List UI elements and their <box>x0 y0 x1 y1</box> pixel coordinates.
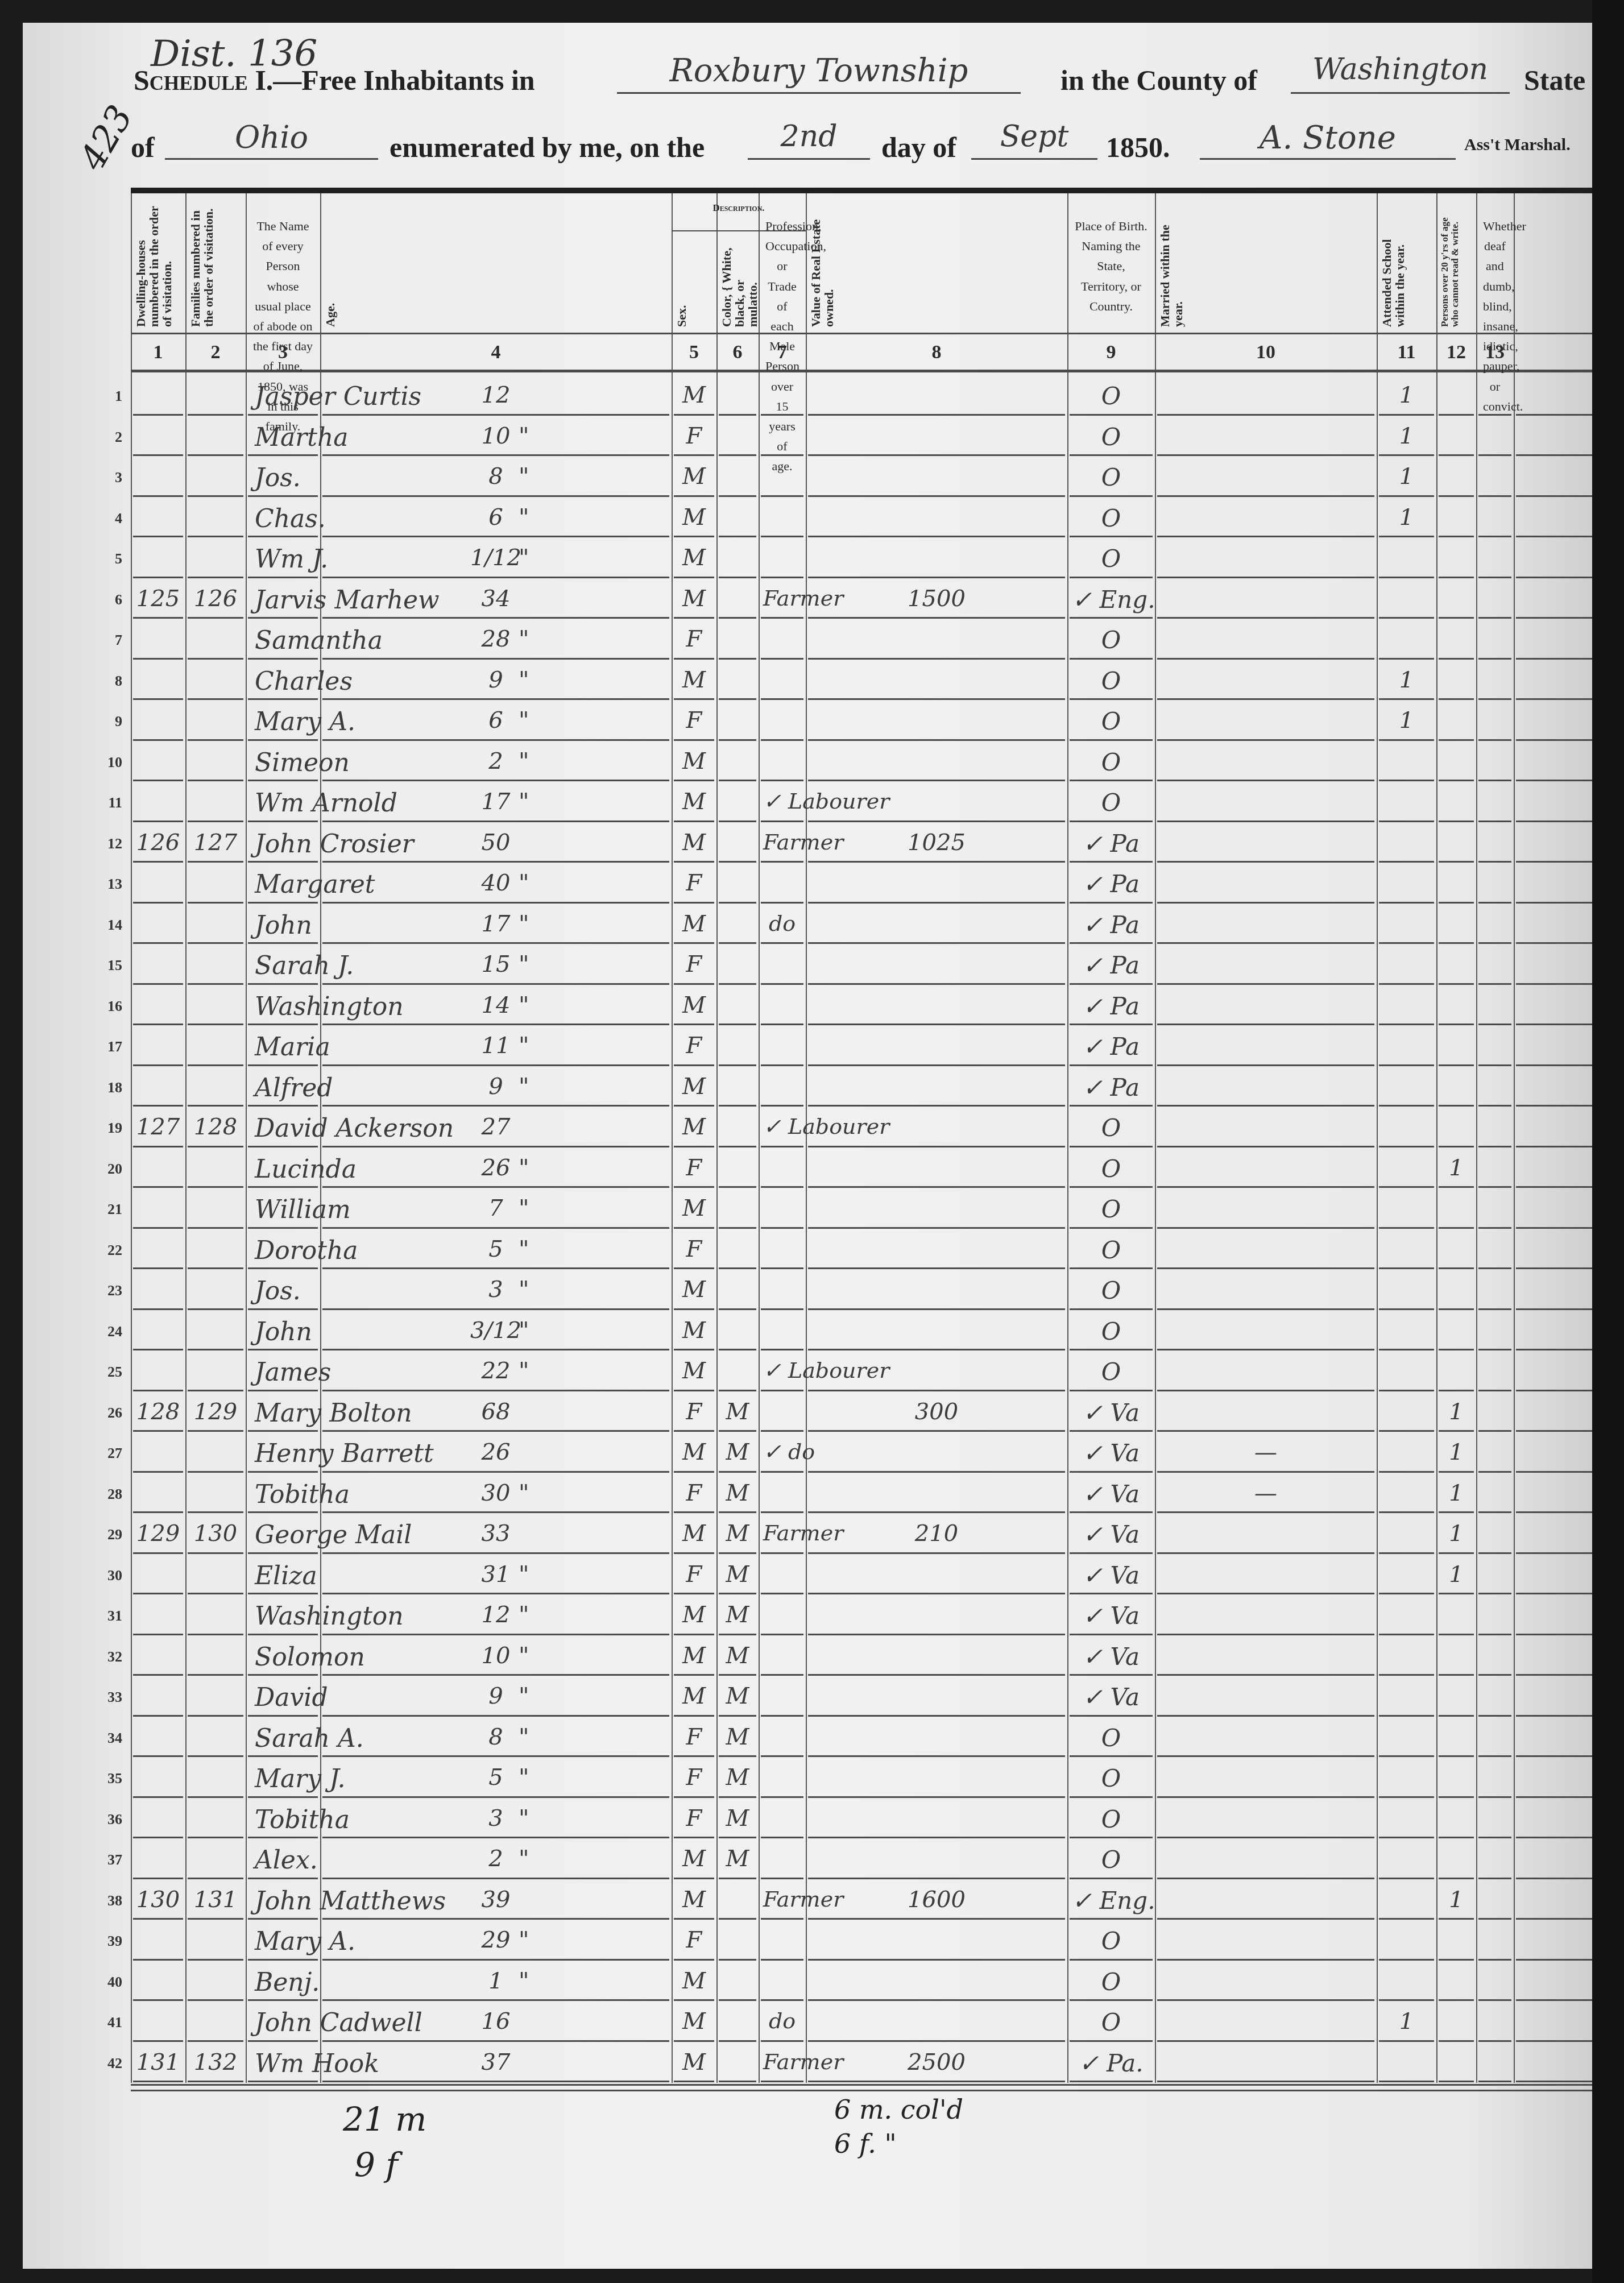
row-rule <box>133 617 183 619</box>
row-rule <box>133 1146 183 1147</box>
row-rule <box>1516 739 1598 741</box>
row-rule <box>1439 1511 1474 1513</box>
cell-color: M <box>721 1724 754 1750</box>
cell-name: Jarvis Marhew <box>255 586 320 615</box>
cell-sex: M <box>676 911 712 937</box>
row-rule <box>1478 861 1511 863</box>
row-rule <box>1516 414 1598 416</box>
cell-sex: M <box>676 1114 712 1140</box>
cell-family: 126 <box>190 586 241 612</box>
row-rule <box>674 1755 714 1757</box>
row-rule <box>761 902 803 904</box>
cell-sex: M <box>676 1887 712 1913</box>
cell-sex: M <box>676 1074 712 1100</box>
row-rule <box>248 1755 318 1757</box>
row-rule <box>674 1552 714 1554</box>
row-rule <box>808 1308 1065 1310</box>
cell-ditto: " <box>519 1155 529 1181</box>
cell-age: 31 <box>325 1561 667 1588</box>
row-rule <box>719 1959 756 1961</box>
row-rule <box>1516 1552 1598 1554</box>
cell-birth: ✓ Eng. <box>1072 586 1150 614</box>
row-rule <box>1070 536 1153 537</box>
row-rule <box>133 1511 183 1513</box>
cell-dwelling: 130 <box>135 1887 181 1913</box>
row-rule <box>1516 495 1598 497</box>
cell-birth: ✓ Va <box>1072 1643 1150 1671</box>
row-rule <box>188 1308 243 1310</box>
row-rule <box>1157 1024 1374 1025</box>
row-rule <box>1478 1959 1511 1961</box>
cell-birth: O <box>1072 2008 1150 2036</box>
row-rule <box>1439 495 1474 497</box>
column-divider <box>716 193 718 2083</box>
state-field: Ohio <box>165 119 378 160</box>
row-rule <box>1157 617 1374 619</box>
line-number: 26 <box>100 1404 122 1422</box>
cell-sex: F <box>676 870 712 896</box>
cell-name: John <box>255 1317 320 1346</box>
row-rule <box>1157 414 1374 416</box>
row-rule <box>133 1959 183 1961</box>
line-number: 29 <box>100 1526 122 1543</box>
row-rule <box>1439 1146 1474 1147</box>
row-rule <box>761 2040 803 2042</box>
cell-illiterate: 1 <box>1441 1399 1472 1425</box>
row-rule <box>761 495 803 497</box>
cell-name: Charles <box>255 667 320 696</box>
row-rule <box>1379 1755 1434 1757</box>
column-header-13: Whether deaf and dumb, blind, insane, id… <box>1483 216 1507 416</box>
cell-sex: M <box>676 1602 712 1628</box>
row-rule <box>1439 1837 1474 1838</box>
row-rule <box>248 698 318 700</box>
row-rule <box>133 1918 183 1920</box>
cell-ditto: " <box>519 707 529 734</box>
cell-age: 11 <box>325 1033 667 1059</box>
row-rule <box>761 1308 803 1310</box>
row-rule <box>188 1511 243 1513</box>
row-rule <box>1516 1634 1598 1635</box>
county-label: in the County of <box>1060 64 1257 97</box>
cell-ditto: " <box>519 1968 529 1994</box>
row-rule <box>719 536 756 537</box>
cell-sex: M <box>676 2049 712 2075</box>
row-rule <box>1379 1878 1434 1879</box>
cell-age: 9 <box>325 1683 667 1709</box>
row-rule <box>674 1024 714 1025</box>
row-rule <box>1157 983 1374 985</box>
column-header-11: Attended School within the year. <box>1380 202 1433 327</box>
row-rule <box>1516 821 1598 822</box>
row-rule <box>133 1837 183 1838</box>
row-rule <box>1379 2040 1434 2042</box>
row-rule <box>1070 983 1153 985</box>
line-number: 31 <box>100 1607 122 1625</box>
row-rule <box>133 1064 183 1066</box>
row-rule <box>1439 1796 1474 1798</box>
cell-name: James <box>255 1358 320 1387</box>
row-rule <box>322 821 669 822</box>
line-number: 32 <box>100 1648 122 1665</box>
cell-name: Sarah J. <box>255 951 320 980</box>
column-number-2: 2 <box>185 342 246 363</box>
row-rule <box>133 821 183 822</box>
row-rule <box>248 1471 318 1473</box>
row-rule <box>1379 495 1434 497</box>
row-rule <box>761 1105 803 1107</box>
day-of-label: day of <box>881 131 956 164</box>
cell-sex: M <box>676 830 712 856</box>
column-divider <box>131 193 132 2083</box>
cell-color: M <box>721 1643 754 1669</box>
row-rule <box>674 658 714 660</box>
row-rule <box>719 1511 756 1513</box>
row-rule <box>1379 1064 1434 1066</box>
cell-family: 130 <box>190 1520 241 1547</box>
cell-birth: ✓ Pa <box>1072 870 1150 898</box>
cell-name: Maria <box>255 1033 320 1062</box>
row-rule <box>808 1064 1065 1066</box>
column-divider <box>1377 193 1378 2083</box>
cell-sex: F <box>676 1561 712 1588</box>
row-rule <box>1379 902 1434 904</box>
cell-name: Jos. <box>255 1277 320 1306</box>
row-rule <box>1070 1349 1153 1350</box>
row-rule <box>1439 1634 1474 1635</box>
row-rule <box>188 536 243 537</box>
row-rule <box>188 454 243 456</box>
cell-age: 29 <box>325 1927 667 1953</box>
row-rule <box>248 1064 318 1066</box>
row-rule <box>808 861 1065 863</box>
cell-birth: O <box>1072 1846 1150 1874</box>
cell-sex: M <box>676 789 712 815</box>
cell-value: 1600 <box>810 1887 1063 1913</box>
line-number: 20 <box>100 1161 122 1178</box>
row-rule <box>761 1715 803 1717</box>
cell-birth: ✓ Va <box>1072 1520 1150 1548</box>
row-rule <box>322 1308 669 1310</box>
row-rule <box>1439 1715 1474 1717</box>
row-rule <box>1157 1878 1374 1879</box>
row-rule <box>719 1349 756 1350</box>
row-rule <box>188 1674 243 1676</box>
row-rule <box>1157 1308 1374 1310</box>
cell-age: 17 <box>325 911 667 937</box>
cell-name: Benj. <box>255 1968 320 1997</box>
column-divider <box>1436 193 1437 2083</box>
cell-age: 30 <box>325 1480 667 1506</box>
cell-occupation: Farmer <box>763 830 801 855</box>
row-rule <box>322 861 669 863</box>
row-rule <box>1070 617 1153 619</box>
row-rule <box>719 1674 756 1676</box>
row-rule <box>808 658 1065 660</box>
row-rule <box>719 821 756 822</box>
cell-age: 8 <box>325 463 667 490</box>
row-rule <box>1379 1674 1434 1676</box>
row-rule <box>1157 1146 1374 1147</box>
line-number: 7 <box>100 632 122 649</box>
row-rule <box>761 861 803 863</box>
row-rule <box>133 1471 183 1473</box>
cell-name: Mary Bolton <box>255 1399 320 1428</box>
row-rule <box>761 780 803 781</box>
row-rule <box>322 658 669 660</box>
row-rule <box>1478 536 1511 537</box>
row-rule <box>188 1024 243 1025</box>
row-rule <box>1439 617 1474 619</box>
row-rule <box>1157 942 1374 944</box>
row-rule <box>674 942 714 944</box>
table-top-rule <box>131 188 1601 193</box>
row-rule <box>1478 1349 1511 1350</box>
cell-color: M <box>721 1805 754 1832</box>
line-number: 25 <box>100 1364 122 1381</box>
column-number-3: 3 <box>246 342 320 363</box>
cell-ditto: " <box>519 1277 529 1303</box>
tally-males: 21 m <box>343 2100 426 2139</box>
row-rule <box>1070 1024 1153 1025</box>
row-rule <box>1157 698 1374 700</box>
row-rule <box>1070 1999 1153 2001</box>
row-rule <box>133 983 183 985</box>
census-page: Dist. 136 423 Schedule I.—Free Inhabitan… <box>23 23 1592 2269</box>
row-rule <box>133 414 183 416</box>
row-rule <box>322 1186 669 1188</box>
row-rule <box>761 617 803 619</box>
row-rule <box>674 1593 714 1594</box>
row-rule <box>322 1959 669 1961</box>
cell-occupation: ✓ Labourer <box>763 1114 801 1139</box>
row-rule <box>1070 1105 1153 1107</box>
cell-sex: M <box>676 1968 712 1994</box>
cell-sex: M <box>676 992 712 1018</box>
row-rule <box>1379 1349 1434 1350</box>
cell-value: 210 <box>810 1520 1063 1547</box>
cell-sex: F <box>676 626 712 652</box>
cell-name: Wm J. <box>255 545 320 574</box>
cell-birth: O <box>1072 626 1150 654</box>
row-rule <box>1157 1674 1374 1676</box>
line-number: 13 <box>100 876 122 893</box>
row-rule <box>322 1755 669 1757</box>
row-rule <box>248 1308 318 1310</box>
row-rule <box>188 1593 243 1594</box>
row-rule <box>674 902 714 904</box>
cell-sex: M <box>676 1683 712 1709</box>
row-rule <box>1157 1959 1374 1961</box>
cell-birth: O <box>1072 463 1150 491</box>
row-rule <box>1478 1105 1511 1107</box>
row-rule <box>188 739 243 741</box>
line-number: 22 <box>100 1242 122 1259</box>
row-rule <box>1157 1430 1374 1432</box>
cell-occupation: do <box>763 2008 801 2033</box>
cell-name: Simeon <box>255 748 320 777</box>
column-header-8: Value of Real Estate owned. <box>809 202 1064 327</box>
row-rule <box>808 1024 1065 1025</box>
cell-family: 127 <box>190 830 241 856</box>
row-rule <box>188 2040 243 2042</box>
row-rule <box>1070 1593 1153 1594</box>
row-rule <box>248 1511 318 1513</box>
row-rule <box>1379 1796 1434 1798</box>
cell-birth: O <box>1072 1805 1150 1833</box>
row-rule <box>1439 1552 1474 1554</box>
cell-ditto: " <box>519 423 529 449</box>
column-header-5: Sex. <box>675 242 713 327</box>
row-rule <box>761 1674 803 1676</box>
row-rule <box>808 1390 1065 1391</box>
cell-birth: O <box>1072 545 1150 573</box>
row-rule <box>808 1634 1065 1635</box>
cell-ditto: " <box>519 463 529 490</box>
row-rule <box>674 1308 714 1310</box>
row-rule <box>1478 1593 1511 1594</box>
row-rule <box>674 495 714 497</box>
row-rule <box>1439 1430 1474 1432</box>
row-rule <box>719 1878 756 1879</box>
row-rule <box>322 1837 669 1838</box>
row-rule <box>1478 658 1511 660</box>
row-rule <box>1379 1634 1434 1635</box>
row-rule <box>808 1471 1065 1473</box>
row-rule <box>1516 1186 1598 1188</box>
row-rule <box>1439 1593 1474 1594</box>
row-rule <box>1478 1267 1511 1269</box>
row-rule <box>188 1755 243 1757</box>
schedule-title: Schedule I.—Free Inhabitants in <box>134 64 535 97</box>
row-rule <box>1439 861 1474 863</box>
row-rule <box>761 1390 803 1391</box>
row-rule <box>322 1878 669 1879</box>
row-rule <box>248 1999 318 2001</box>
row-rule <box>719 902 756 904</box>
row-rule <box>808 1999 1065 2001</box>
row-rule <box>1516 1227 1598 1229</box>
row-rule <box>188 1471 243 1473</box>
line-number: 10 <box>100 754 122 771</box>
row-rule <box>1439 1878 1474 1879</box>
line-number: 6 <box>100 591 122 608</box>
cell-value: 1500 <box>810 586 1063 612</box>
cell-name: Washington <box>255 1602 320 1631</box>
column-number-9: 9 <box>1067 342 1155 363</box>
line-number: 14 <box>100 917 122 934</box>
line-number: 27 <box>100 1445 122 1462</box>
column-header-10: Married within the year. <box>1158 202 1373 327</box>
cell-school: 1 <box>1381 2008 1432 2035</box>
row-rule <box>808 1755 1065 1757</box>
row-rule <box>1157 1390 1374 1391</box>
cell-sex: M <box>676 1358 712 1384</box>
row-rule <box>1070 942 1153 944</box>
column-number-5: 5 <box>672 342 716 363</box>
row-rule <box>719 1471 756 1473</box>
cell-illiterate: 1 <box>1441 1887 1472 1913</box>
cell-age: 6 <box>325 504 667 531</box>
row-rule <box>674 1105 714 1107</box>
cell-dwelling: 125 <box>135 586 181 612</box>
cell-color: M <box>721 1683 754 1709</box>
row-rule <box>133 1390 183 1391</box>
row-rule <box>674 1715 714 1717</box>
row-rule <box>761 1959 803 1961</box>
row-rule <box>674 983 714 985</box>
row-rule <box>674 1064 714 1066</box>
row-rule <box>1070 658 1153 660</box>
row-rule <box>1157 1471 1374 1473</box>
row-rule <box>761 658 803 660</box>
row-rule <box>761 2081 803 2082</box>
cell-illiterate: 1 <box>1441 1561 1472 1588</box>
row-rule <box>1478 617 1511 619</box>
cell-name: Tobitha <box>255 1805 320 1834</box>
row-rule <box>1478 942 1511 944</box>
row-rule <box>322 1593 669 1594</box>
row-rule <box>188 414 243 416</box>
row-rule <box>719 2040 756 2042</box>
row-rule <box>1478 1511 1511 1513</box>
cell-age: 40 <box>325 870 667 896</box>
row-rule <box>761 1634 803 1635</box>
row-rule <box>1478 1634 1511 1635</box>
row-rule <box>808 617 1065 619</box>
line-number: 37 <box>100 1851 122 1868</box>
row-rule <box>322 1227 669 1229</box>
line-number: 2 <box>100 429 122 446</box>
row-rule <box>248 2081 318 2082</box>
row-rule <box>1379 1471 1434 1473</box>
cell-sex: M <box>676 2008 712 2035</box>
line-number: 33 <box>100 1689 122 1706</box>
column-number-13: 13 <box>1476 342 1514 363</box>
row-rule <box>1070 1552 1153 1554</box>
cell-birth: ✓ Eng. <box>1072 1887 1150 1915</box>
cell-school: 1 <box>1381 423 1432 449</box>
row-rule <box>1478 1755 1511 1757</box>
cell-age: 22 <box>325 1358 667 1384</box>
row-rule <box>1070 577 1153 578</box>
line-number: 16 <box>100 998 122 1015</box>
cell-birth: O <box>1072 504 1150 532</box>
cell-birth: O <box>1072 423 1150 451</box>
row-rule <box>808 1267 1065 1269</box>
cell-sex: M <box>676 1520 712 1547</box>
row-rule <box>1516 1511 1598 1513</box>
row-rule <box>761 1186 803 1188</box>
cell-name: Henry Barrett <box>255 1439 320 1468</box>
row-rule <box>188 1227 243 1229</box>
column-divider <box>1067 193 1068 2083</box>
enumerated-label: enumerated by me, on the <box>390 131 705 164</box>
cell-name: David <box>255 1683 320 1712</box>
row-rule <box>674 1267 714 1269</box>
row-rule <box>1516 698 1598 700</box>
line-number: 3 <box>100 469 122 486</box>
row-rule <box>1070 1227 1153 1229</box>
cell-ditto: " <box>519 1927 529 1953</box>
row-rule <box>1516 617 1598 619</box>
row-rule <box>1157 1552 1374 1554</box>
row-rule <box>1070 1471 1153 1473</box>
row-rule <box>719 1024 756 1025</box>
cell-name: Alex. <box>255 1846 320 1875</box>
description-header: Description. <box>672 200 806 216</box>
row-rule <box>1379 2081 1434 2082</box>
